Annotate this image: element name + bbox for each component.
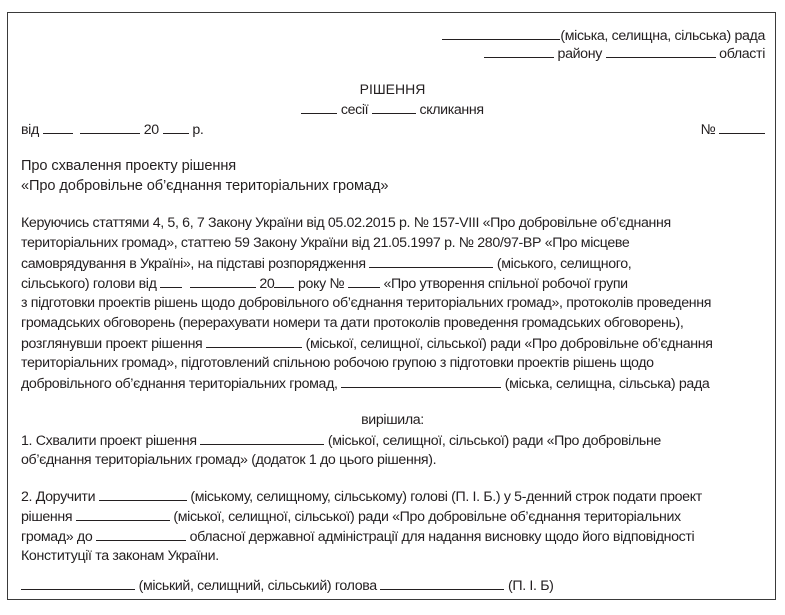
preamble-line: розглянувши проект рішення (міської, сел… (21, 334, 713, 353)
oblast-blank[interactable] (606, 44, 716, 58)
council-blank[interactable] (206, 334, 302, 348)
item-2-line: громад» до обласної державної адміністра… (21, 527, 694, 546)
order-day-blank[interactable] (160, 274, 182, 288)
preamble-line: з підготовки проектів рішень щодо добров… (21, 294, 711, 312)
month-blank[interactable] (80, 120, 140, 134)
day-blank[interactable] (43, 120, 73, 134)
order-blank[interactable] (369, 254, 493, 268)
council-blank[interactable] (341, 374, 501, 388)
order-year-blank[interactable] (274, 274, 294, 288)
preamble-line: добровільного об’єднання територіальних … (21, 374, 709, 393)
council-line: (міська, селищна, сільська) рада (442, 26, 765, 45)
order-number-blank[interactable] (348, 274, 380, 288)
year-blank[interactable] (163, 120, 189, 134)
district-line: району області (484, 44, 765, 63)
preamble-line: сільського) голови від 20 року № «Про ут… (21, 274, 628, 293)
preamble-line: самоврядування в Україні», на підставі р… (21, 254, 631, 273)
convocation-number-blank[interactable] (372, 100, 416, 114)
preamble-line: територіальних громад», статтею 59 Закон… (21, 234, 629, 252)
council-blank[interactable] (21, 576, 135, 590)
item-1-line: 1. Схвалити проект рішення (міської, сел… (21, 431, 661, 450)
decision-number-blank[interactable] (719, 120, 765, 134)
council-blank[interactable] (99, 487, 187, 501)
item-2-line: рішення (міської, селищної, сільської) р… (21, 507, 681, 526)
date-line: від 20 р. (21, 120, 204, 139)
subject-line-1: Про схвалення проекту рішення (21, 157, 236, 175)
item-2-line: 2. Доручити (міському, селищному, сільсь… (21, 487, 702, 506)
subject-line-2: «Про добровільне об’єднання територіальн… (21, 177, 388, 195)
item-2-line: Конституції та законам України. (21, 547, 219, 565)
head-name-blank[interactable] (380, 576, 504, 590)
order-month-blank[interactable] (190, 274, 256, 288)
oblast-blank[interactable] (96, 527, 186, 541)
council-blank[interactable] (200, 431, 324, 445)
council-blank[interactable] (76, 507, 170, 521)
session-number-blank[interactable] (301, 100, 337, 114)
number-line: № (701, 120, 765, 139)
item-1-line: об’єднання територіальних громад» (додат… (21, 451, 436, 469)
preamble-line: територіальних громад», підготовлений сп… (21, 354, 654, 372)
resolved-heading: вирішила: (0, 411, 785, 429)
council-name-blank[interactable] (442, 26, 560, 40)
district-blank[interactable] (484, 44, 554, 58)
preamble-line: Керуючись статтями 4, 5, 6, 7 Закону Укр… (21, 214, 671, 232)
preamble-line: громадських обговорень (перерахувати ном… (21, 314, 683, 332)
session-line: сесії скликання (0, 100, 785, 119)
signature-line: (міський, селищний, сільський) голова (П… (21, 576, 554, 595)
document-title: РІШЕННЯ (0, 80, 785, 98)
